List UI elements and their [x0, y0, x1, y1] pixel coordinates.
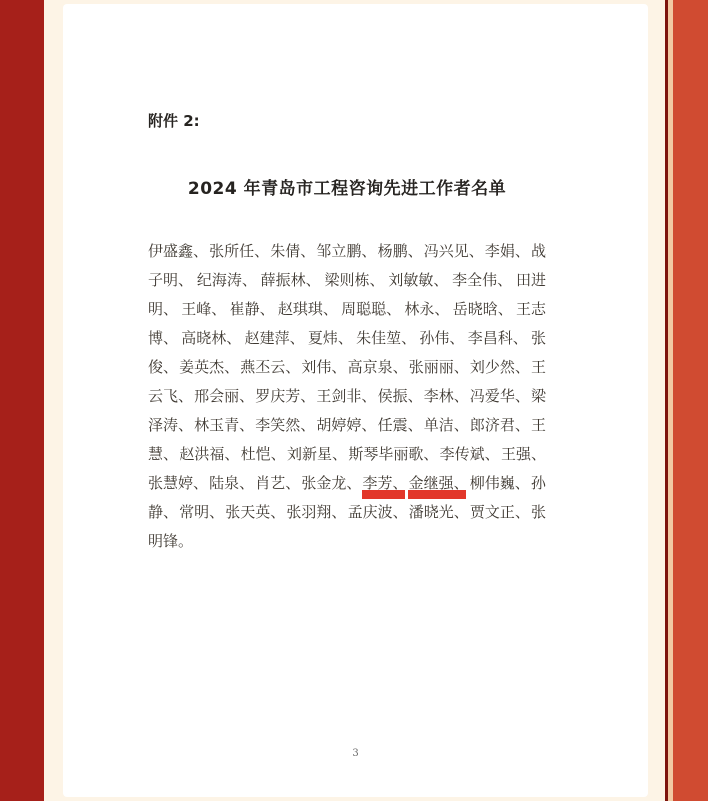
body-line: 泽涛、林玉青、李笑然、胡婷婷、任震、单洁、郎济君、王: [148, 411, 546, 440]
red-underlined-name: 金继强: [409, 469, 454, 498]
name-chunk: 张所任、: [209, 237, 269, 266]
name-chunk: 刘新星、: [287, 440, 347, 469]
name-chunk: 潘晓光、: [409, 498, 469, 527]
name-chunk: 战: [531, 237, 546, 266]
name-chunk: 刘少然、: [470, 353, 530, 382]
body-text: 伊盛鑫、张所任、朱倩、邹立鹏、杨鹏、冯兴见、李娟、战子明、纪海涛、薛振林、梁则栋…: [148, 237, 546, 556]
name-chunk: 静、: [148, 498, 178, 527]
red-underlined-name: 李芳: [363, 469, 393, 498]
name-chunk: 赵琪琪、: [278, 295, 338, 324]
name-chunk: 崔静、: [230, 295, 275, 324]
name-chunk: 王剑非、: [316, 382, 376, 411]
body-line: 伊盛鑫、张所任、朱倩、邹立鹏、杨鹏、冯兴见、李娟、战: [148, 237, 546, 266]
name-chunk: 贾文正、: [470, 498, 530, 527]
name-chunk: 任震、: [378, 411, 423, 440]
name-chunk: 夏炜、: [308, 324, 353, 353]
name-chunk: 张慧婷、: [148, 469, 208, 498]
name-chunk: 林永、: [404, 295, 449, 324]
document-page: 附件 2: 2024 年青岛市工程咨询先进工作者名单 伊盛鑫、张所任、朱倩、邹立…: [63, 4, 648, 797]
name-chunk: 岳晓晗、: [453, 295, 513, 324]
name-chunk: 孙: [531, 469, 546, 498]
name-chunk: 柳伟巍、: [470, 469, 530, 498]
name-chunk: 孙伟、: [419, 324, 464, 353]
name-chunk: 张天英、: [225, 498, 285, 527]
name-chunk: 纪海涛、: [197, 266, 257, 295]
body-line: 明、王峰、崔静、赵琪琪、周聪聪、林永、岳晓晗、王志: [148, 295, 546, 324]
name-chunk: 林玉青、: [194, 411, 254, 440]
name-chunk: 李芳、: [363, 469, 408, 498]
page-number: 3: [63, 748, 648, 759]
name-chunk: 李林、: [424, 382, 469, 411]
name-chunk: 张: [531, 324, 546, 353]
name-chunk: 杜恺、: [241, 440, 286, 469]
name-chunk: 周聪聪、: [341, 295, 401, 324]
name-chunk: 单洁、: [424, 411, 469, 440]
name-chunk: 冯兴见、: [424, 237, 484, 266]
name-chunk: 田进: [516, 266, 546, 295]
name-chunk: 张丽丽、: [409, 353, 469, 382]
body-line: 静、常明、张天英、张羽翔、孟庆波、潘晓光、贾文正、张: [148, 498, 546, 527]
body-line: 博、高晓林、赵建萍、夏炜、朱佳堃、孙伟、李昌科、张: [148, 324, 546, 353]
name-chunk: 李传斌、: [440, 440, 500, 469]
name-chunk: 张金龙、: [301, 469, 361, 498]
name-chunk: 赵洪福、: [179, 440, 239, 469]
name-chunk: 张: [531, 498, 546, 527]
document-title: 2024 年青岛市工程咨询先进工作者名单: [148, 174, 546, 199]
name-chunk: 梁则栋、: [324, 266, 384, 295]
name-chunk: 杨鹏、: [378, 237, 423, 266]
name-chunk: 王: [531, 411, 546, 440]
name-chunk: 刘伟、: [301, 353, 346, 382]
body-line: 云飞、邢会丽、罗庆芳、王剑非、侯振、李林、冯爱华、梁: [148, 382, 546, 411]
name-chunk: 李昌科、: [468, 324, 528, 353]
name-chunk: 邢会丽、: [194, 382, 254, 411]
name-chunk: 薛振林、: [261, 266, 321, 295]
name-chunk: 金继强、: [409, 469, 469, 498]
name-chunk: 王志: [516, 295, 546, 324]
name-chunk: 刘敏敏、: [388, 266, 448, 295]
right-red-bar: [673, 0, 708, 801]
name-chunk: 陆泉、: [209, 469, 254, 498]
name-chunk: 泽涛、: [148, 411, 193, 440]
name-chunk: 伊盛鑫、: [148, 237, 208, 266]
name-chunk: 博、: [148, 324, 178, 353]
name-chunk: 梁: [531, 382, 546, 411]
name-chunk: 高晓林、: [181, 324, 241, 353]
name-chunk: 胡婷婷、: [316, 411, 376, 440]
name-chunk: 邹立鹏、: [316, 237, 376, 266]
name-chunk: 郎济君、: [470, 411, 530, 440]
name-chunk: 常明、: [179, 498, 224, 527]
name-chunk: 云飞、: [148, 382, 193, 411]
name-chunk: 孟庆波、: [348, 498, 408, 527]
name-chunk: 王: [531, 353, 546, 382]
name-chunk: 张羽翔、: [286, 498, 346, 527]
name-chunk: 李全伟、: [452, 266, 512, 295]
body-line: 俊、姜英杰、燕丕云、刘伟、高京泉、张丽丽、刘少然、王: [148, 353, 546, 382]
body-line: 张慧婷、陆泉、肖艺、张金龙、李芳、金继强、柳伟巍、孙: [148, 469, 546, 498]
name-chunk: 李笑然、: [255, 411, 315, 440]
name-chunk: 明、: [148, 295, 178, 324]
name-chunk: 王峰、: [181, 295, 226, 324]
name-chunk: 俊、: [148, 353, 178, 382]
name-chunk: 王强、: [501, 440, 546, 469]
name-chunk: 肖艺、: [255, 469, 300, 498]
body-line: 明锋。: [148, 527, 546, 556]
name-chunk: 慧、: [148, 440, 178, 469]
name-chunk: 斯琴毕丽歌、: [348, 440, 438, 469]
name-chunk: 罗庆芳、: [255, 382, 315, 411]
name-chunk: 明锋。: [148, 527, 193, 556]
name-chunk: 李娟、: [485, 237, 530, 266]
body-line: 子明、纪海涛、薛振林、梁则栋、刘敏敏、李全伟、田进: [148, 266, 546, 295]
left-red-bar: [0, 0, 44, 801]
name-chunk: 高京泉、: [348, 353, 408, 382]
name-chunk: 侯振、: [378, 382, 423, 411]
name-chunk: 朱佳堃、: [356, 324, 416, 353]
name-chunk: 赵建萍、: [245, 324, 305, 353]
name-chunk: 子明、: [148, 266, 193, 295]
name-chunk: 朱倩、: [270, 237, 315, 266]
name-chunk: 冯爱华、: [470, 382, 530, 411]
body-line: 慧、赵洪福、杜恺、刘新星、斯琴毕丽歌、李传斌、王强、: [148, 440, 546, 469]
attachment-label: 附件 2:: [148, 110, 200, 131]
name-chunk: 姜英杰、: [179, 353, 239, 382]
name-chunk: 燕丕云、: [240, 353, 300, 382]
